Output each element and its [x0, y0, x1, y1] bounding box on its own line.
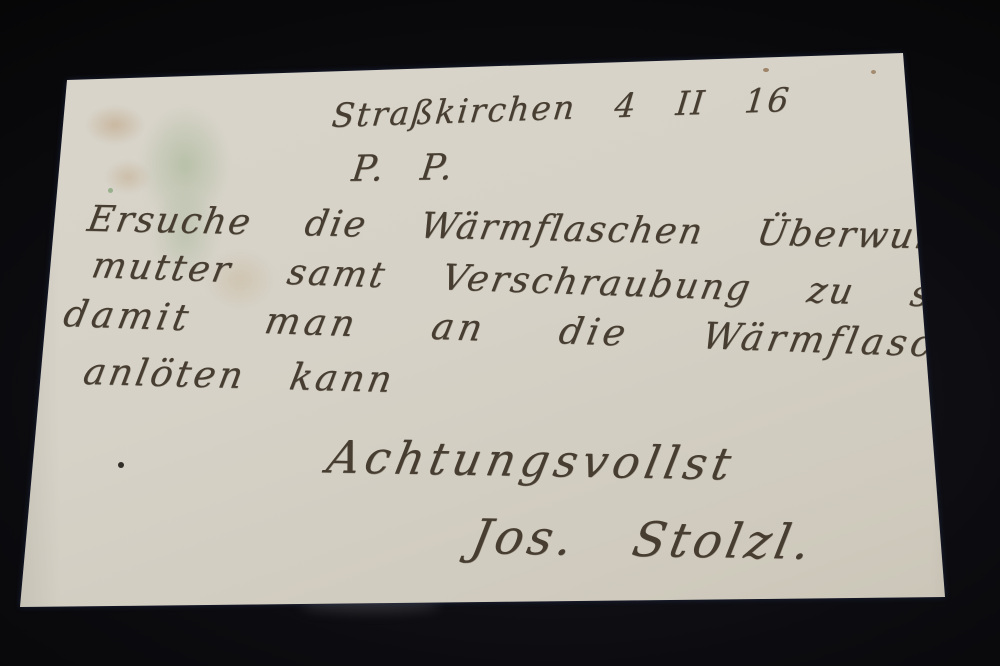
dirt-speck — [763, 68, 769, 72]
green-speck — [108, 188, 113, 193]
handwritten-signature: Jos. Stolzl. — [467, 509, 819, 571]
handwritten-closing: Achtungsvollst — [323, 431, 740, 491]
foxing-spot — [85, 105, 145, 145]
ink-dot — [118, 462, 124, 468]
dirt-speck — [871, 70, 876, 74]
postcard-paper: Straßkirchen 4 II 16 P. P. Ersuche die W… — [0, 0, 1000, 666]
handwritten-salutation: P. P. — [349, 147, 457, 190]
handwritten-dateline: Straßkirchen 4 II 16 — [330, 80, 793, 135]
dirt-speck — [201, 65, 209, 72]
photo-background: Straßkirchen 4 II 16 P. P. Ersuche die W… — [0, 0, 1000, 666]
handwritten-body-line-4: anlöten kann — [80, 350, 398, 401]
postcard: Straßkirchen 4 II 16 P. P. Ersuche die W… — [0, 0, 1000, 666]
